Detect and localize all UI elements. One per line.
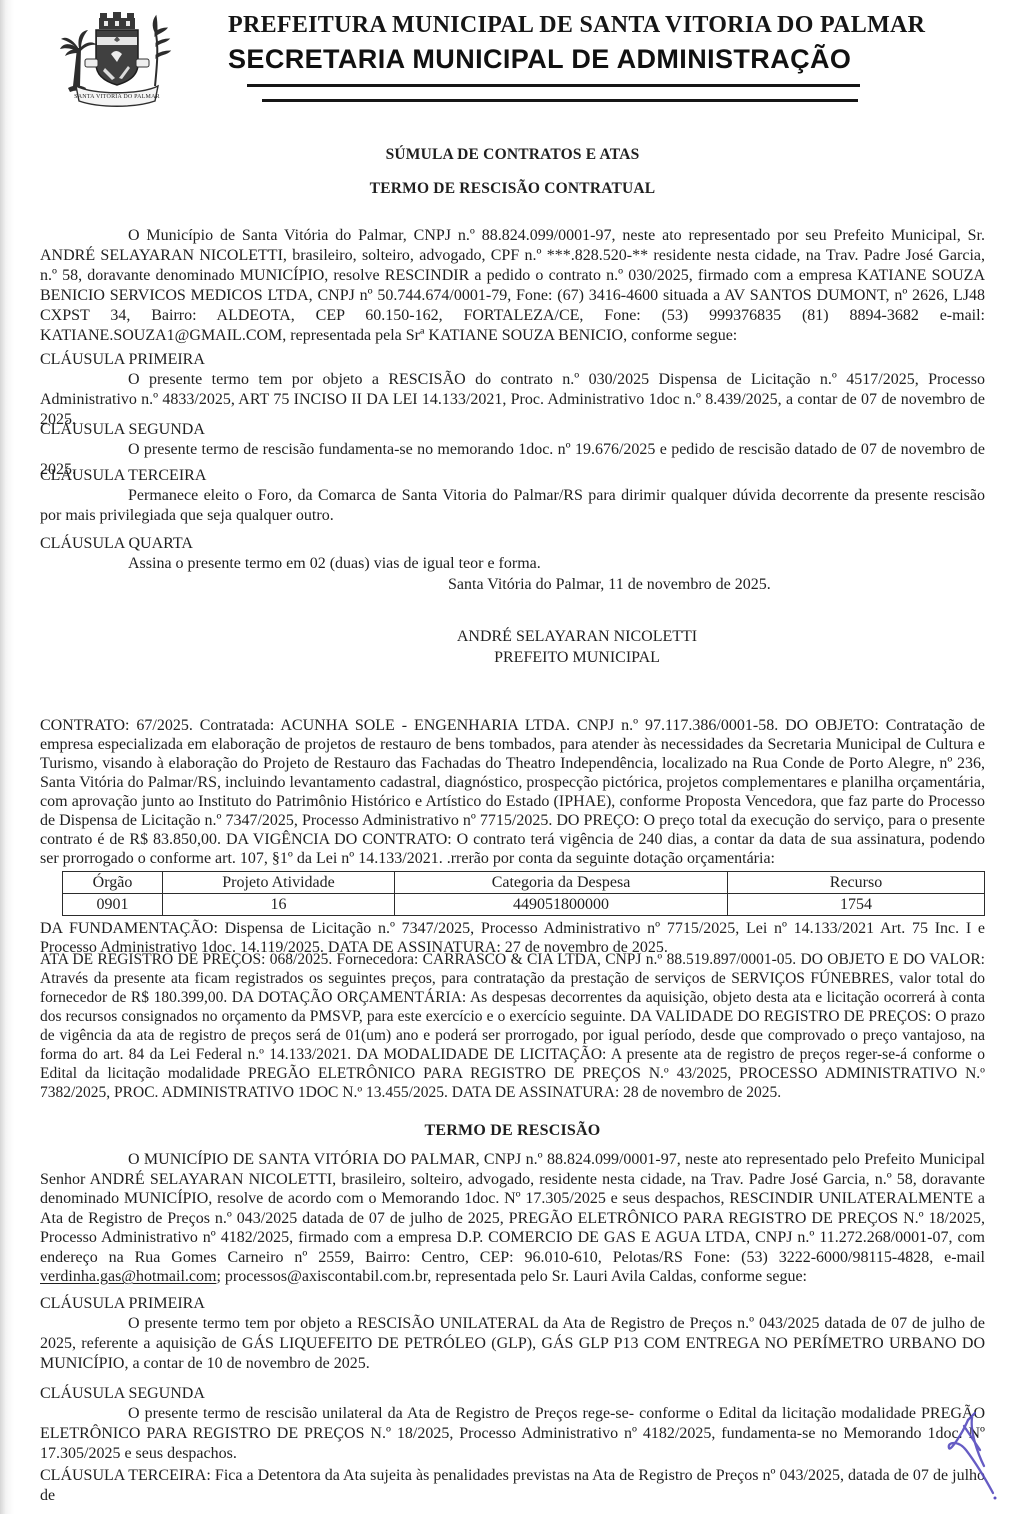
header-rule-top — [247, 84, 860, 87]
summary-title: SÚMULA DE CONTRATOS E ATAS — [40, 146, 985, 164]
shield — [96, 30, 138, 85]
pen-dot — [994, 1497, 997, 1500]
table-header-projeto-atividade: Projeto Atividade — [163, 872, 395, 894]
header-rule-bottom — [262, 99, 858, 102]
clause-text: Assina o presente termo em 02 (duas) via… — [40, 554, 985, 574]
contract-summary-paragraph: CONTRATO: 67/2025. Contratada: ACUNHA SO… — [40, 716, 985, 868]
signatory-name: ANDRÉ SELAYARAN NICOLETTI — [130, 628, 1024, 645]
table-cell-orgao: 0901 — [63, 894, 163, 916]
municipal-coat-of-arms-icon: SANTA VITÓRIA DO PALMAR — [58, 6, 176, 110]
table-cell-projeto-atividade: 16 — [163, 894, 395, 916]
clause-block-r2-terceira: CLÁUSULA TERCEIRA: Fica a Detentora da A… — [40, 1466, 985, 1506]
price-registry-paragraph: ATA DE REGISTRO DE PREÇOS: 068/2025. For… — [40, 950, 985, 1102]
clause-heading-inline: CLÁUSULA TERCEIRA: — [40, 1467, 211, 1484]
clause-heading: CLÁUSULA QUARTA — [40, 534, 985, 554]
header-title-line1: PREFEITURA MUNICIPAL DE SANTA VITORIA DO… — [228, 12, 925, 39]
rescission1-intro-paragraph: O Município de Santa Vitória do Palmar, … — [40, 226, 985, 346]
table-cell-recurso: 1754 — [728, 894, 985, 916]
clause-heading: CLÁUSULA PRIMEIRA — [40, 1294, 985, 1314]
document-header: PREFEITURA MUNICIPAL DE SANTA VITORIA DO… — [228, 12, 925, 75]
pen-ink-scribble — [936, 1398, 1016, 1510]
clause-heading: CLÁUSULA SEGUNDA — [40, 420, 985, 440]
intro-text-after-email: ; processos@axiscontabil.com.br, represe… — [216, 1268, 807, 1285]
clause-heading: CLÁUSULA TERCEIRA — [40, 466, 985, 486]
clause-heading: CLÁUSULA PRIMEIRA — [40, 350, 985, 370]
signature-block: ANDRÉ SELAYARAN NICOLETTI PREFEITO MUNIC… — [130, 628, 1024, 666]
right-scroll — [136, 59, 149, 67]
crest-banner-text: SANTA VITÓRIA DO PALMAR — [74, 92, 160, 100]
place-date-line: Santa Vitória do Palmar, 11 de novembro … — [448, 576, 771, 594]
clause-block-r2-primeira: CLÁUSULA PRIMEIRA O presente termo tem p… — [40, 1294, 985, 1374]
rescission-term-title: TERMO DE RESCISÃO CONTRATUAL — [40, 180, 985, 198]
mural-crown — [99, 12, 135, 29]
header-title-line2: SECRETARIA MUNICIPAL DE ADMINISTRAÇÃO — [228, 44, 925, 75]
clause-text: O presente termo de rescisão unilateral … — [40, 1404, 985, 1464]
rescission2-intro-paragraph: O MUNICÍPIO DE SANTA VITÓRIA DO PALMAR, … — [40, 1150, 985, 1287]
crest-banner-ribbon: SANTA VITÓRIA DO PALMAR — [74, 86, 160, 106]
budget-table-header-row: Órgão Projeto Atividade Categoria da Des… — [63, 872, 985, 894]
table-cell-categoria-despesa: 449051800000 — [395, 894, 728, 916]
clause-text: O presente termo tem por objeto a RESCIS… — [40, 1314, 985, 1374]
intro-text-before-email: O MUNICÍPIO DE SANTA VITÓRIA DO PALMAR, … — [40, 1151, 985, 1266]
clause-text: Permanece eleito o Foro, da Comarca de S… — [40, 486, 985, 526]
clause-block-quarta: CLÁUSULA QUARTA Assina o presente termo … — [40, 534, 985, 574]
table-header-categoria-despesa: Categoria da Despesa — [395, 872, 728, 894]
clause-heading: CLÁUSULA SEGUNDA — [40, 1384, 985, 1404]
signatory-role: PREFEITO MUNICIPAL — [130, 649, 1024, 666]
plant-stalk — [153, 16, 170, 86]
email-link-text: verdinha.gas@hotmail.com — [40, 1268, 216, 1285]
clause-block-terceira: CLÁUSULA TERCEIRA Permanece eleito o For… — [40, 466, 985, 526]
left-scroll — [85, 59, 98, 67]
clause-block-primeira: CLÁUSULA PRIMEIRA O presente termo tem p… — [40, 350, 985, 430]
clause-block-r2-segunda: CLÁUSULA SEGUNDA O presente termo de res… — [40, 1384, 985, 1464]
budget-table: Órgão Projeto Atividade Categoria da Des… — [62, 871, 985, 916]
scanned-document-page: SANTA VITÓRIA DO PALMAR PREFEITURA MUNIC… — [0, 0, 1024, 1514]
table-header-orgao: Órgão — [63, 872, 163, 894]
rescission2-title: TERMO DE RESCISÃO — [40, 1122, 985, 1140]
table-header-recurso: Recurso — [728, 872, 985, 894]
contract-section: CONTRATO: 67/2025. Contratada: ACUNHA SO… — [40, 716, 985, 957]
budget-table-data-row: 0901 16 449051800000 1754 — [63, 894, 985, 916]
